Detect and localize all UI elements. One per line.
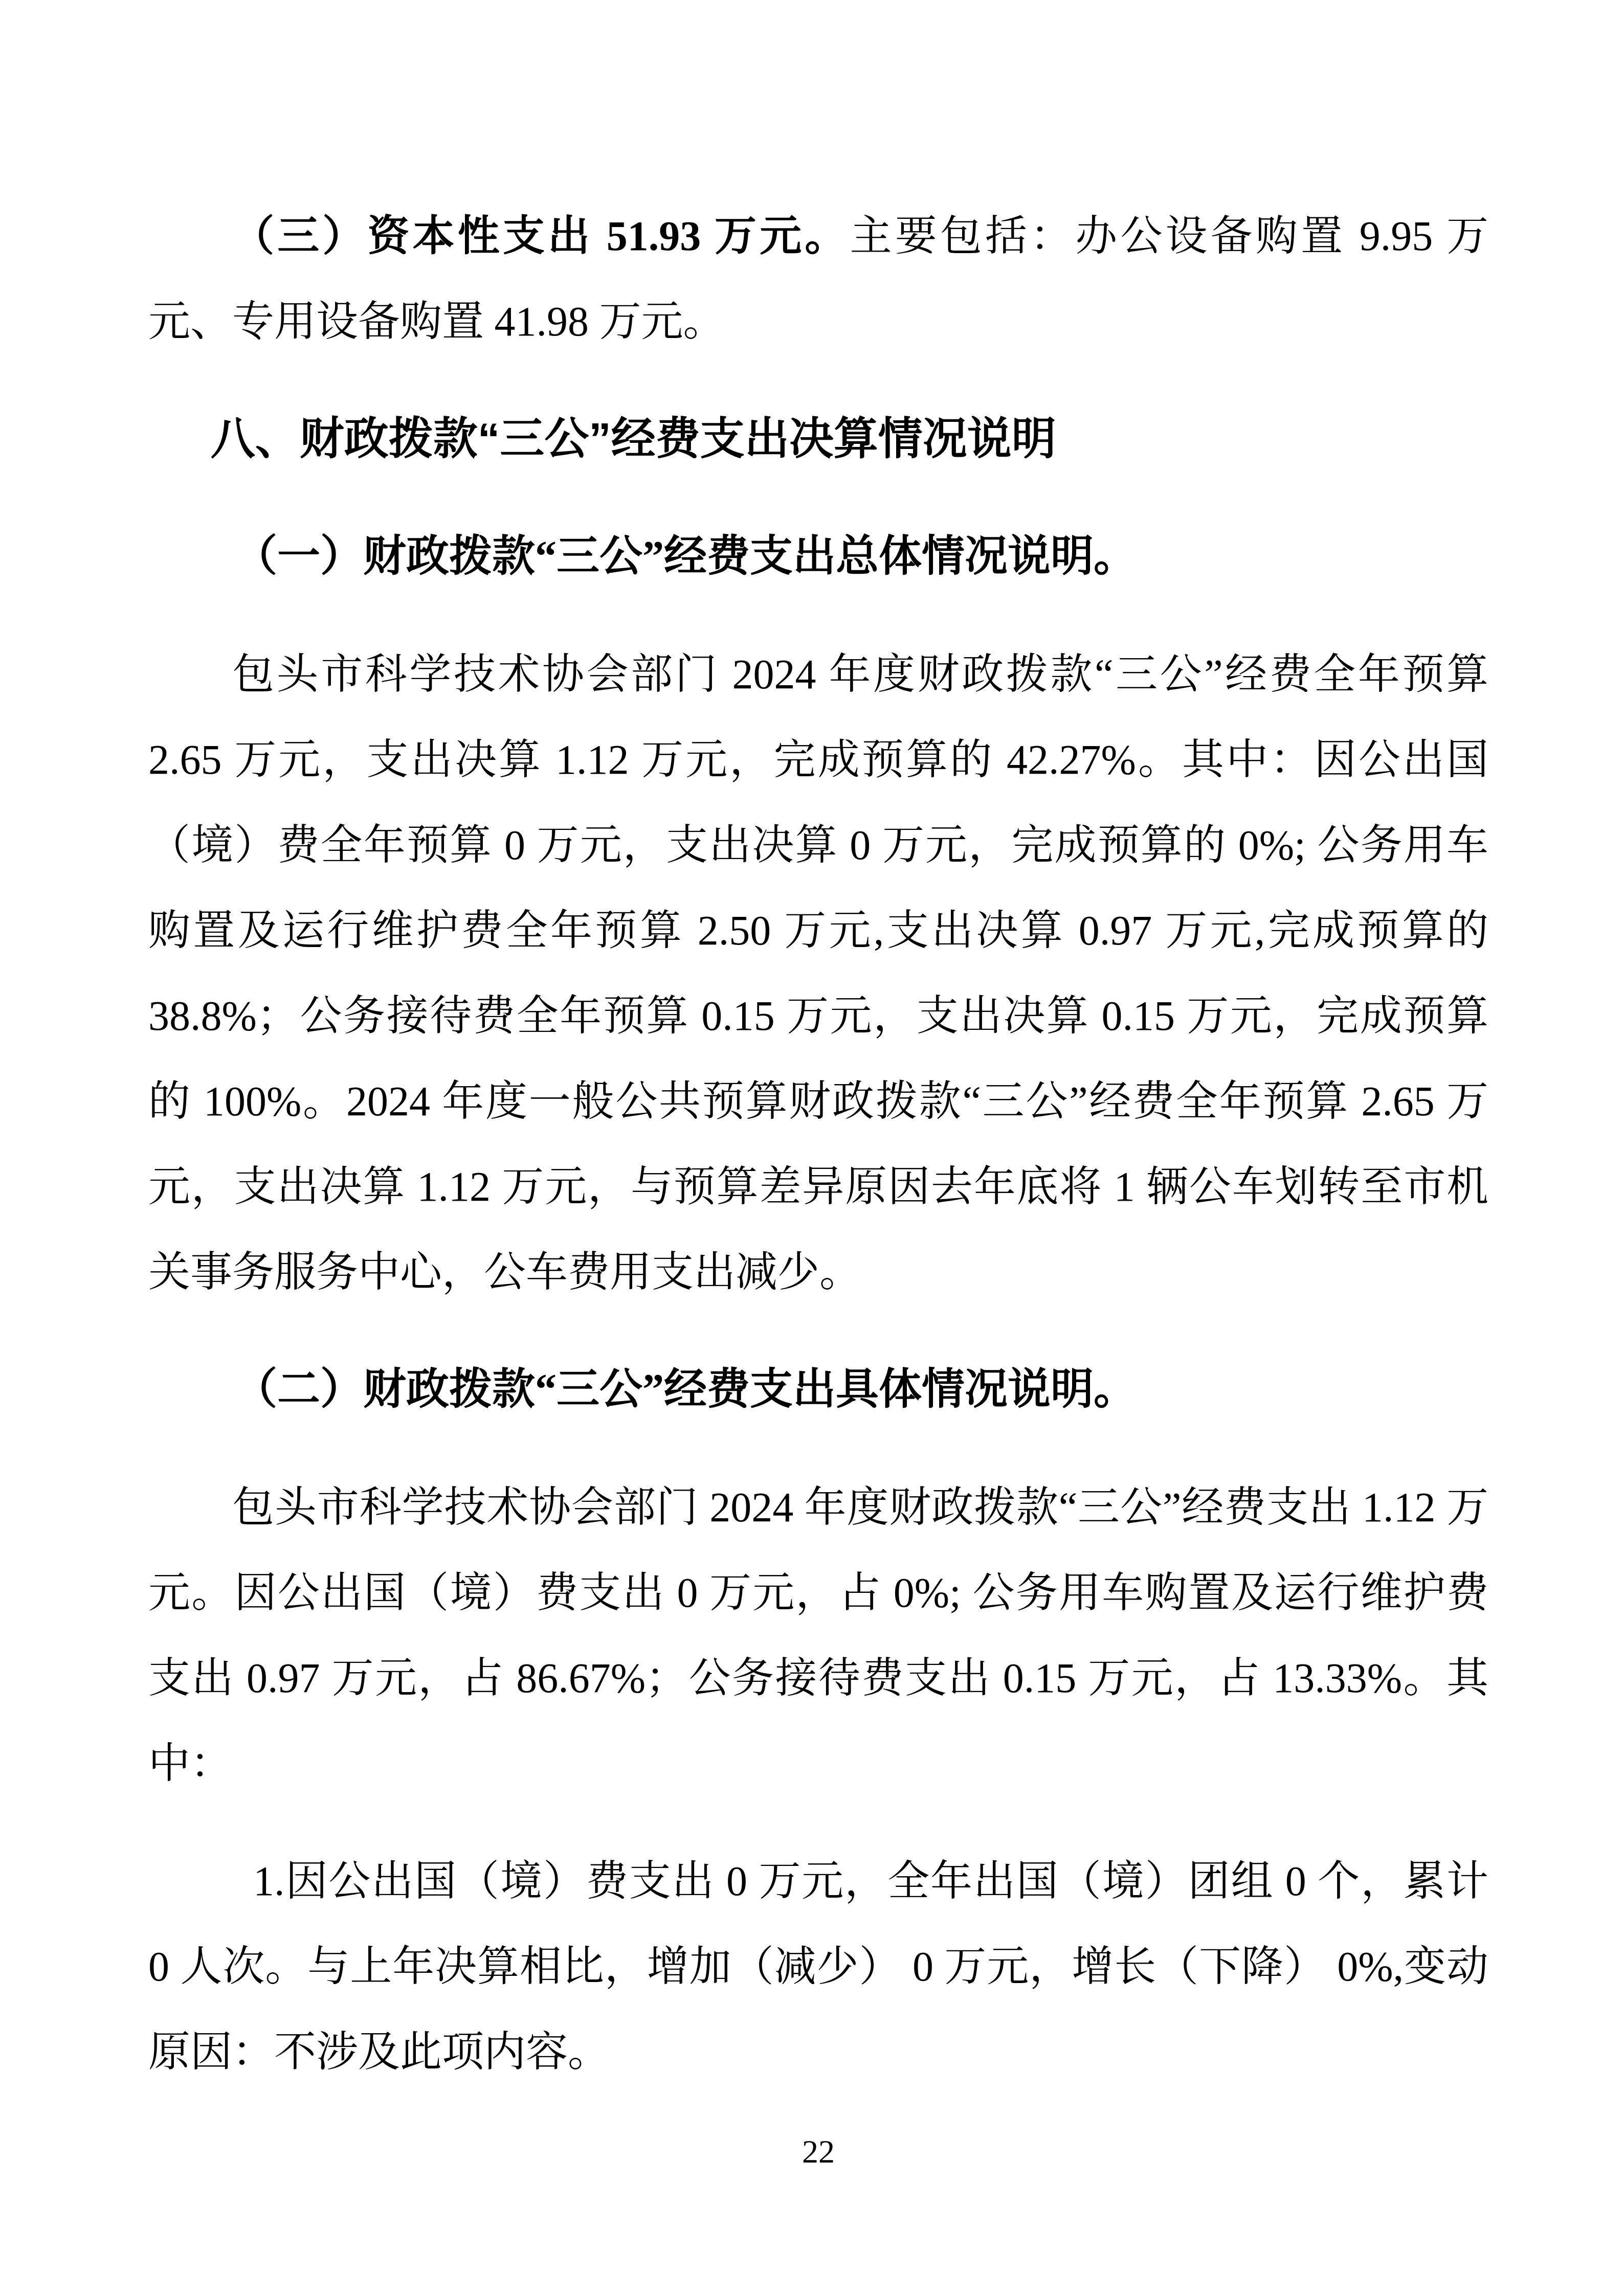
section-heading-sangong: 八、财政拨款“三公”经费支出决算情况说明 — [148, 396, 1488, 482]
page-number: 22 — [148, 2131, 1488, 2172]
paragraph-specific-situation: 包头市科学技术协会部门 2024 年度财政拨款“三公”经费支出 1.12 万元。… — [148, 1465, 1488, 1806]
paragraph-capital-expense: （三）资本性支出 51.93 万元。主要包括：办公设备购置 9.95 万元、专用… — [148, 193, 1488, 364]
subheading-overall-situation: （一）财政拨款“三公”经费支出总体情况说明。 — [148, 514, 1488, 599]
subheading-specific-situation: （二）财政拨款“三公”经费支出具体情况说明。 — [148, 1347, 1488, 1432]
document-page: （三）资本性支出 51.93 万元。主要包括：办公设备购置 9.95 万元、专用… — [0, 0, 1624, 2296]
paragraph-item1-abroad-expense: 1.因公出国（境）费支出 0 万元，全年出国（境）团组 0 个，累计 0 人次。… — [148, 1838, 1488, 2095]
capital-expense-lead: （三）资本性支出 51.93 万元。 — [232, 213, 850, 259]
paragraph-overall-situation: 包头市科学技术协会部门 2024 年度财政拨款“三公”经费全年预算 2.65 万… — [148, 632, 1488, 1315]
